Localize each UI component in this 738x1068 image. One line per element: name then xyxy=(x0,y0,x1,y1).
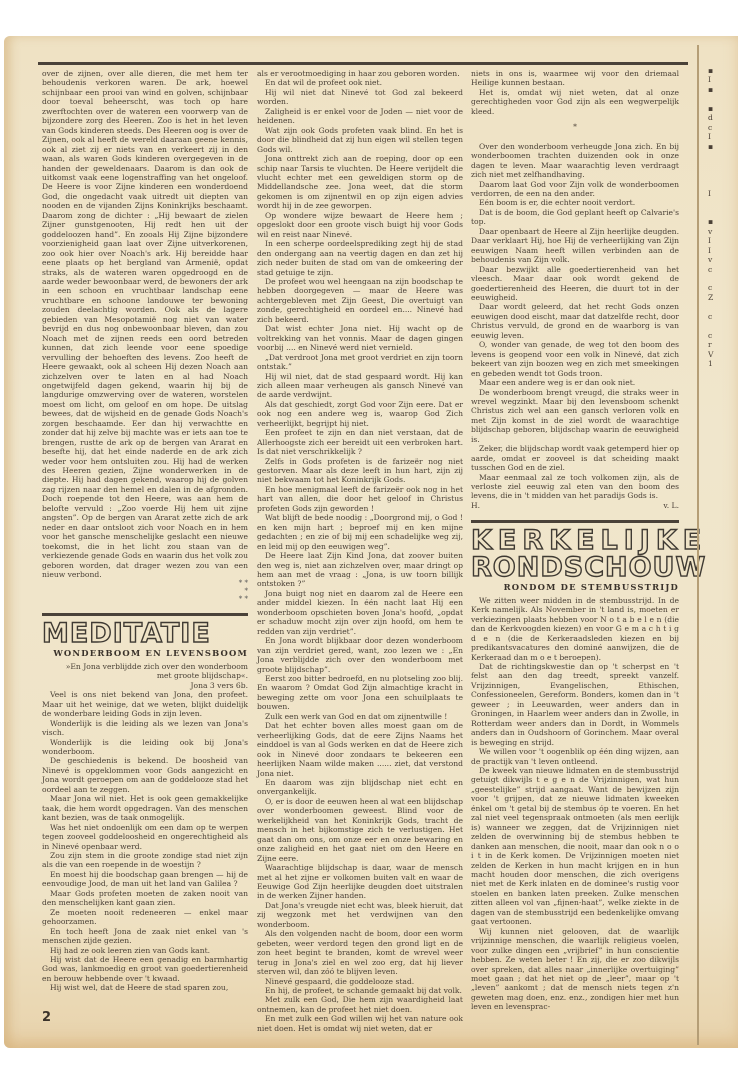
paragraph: Maar een andere weg is er dan ook niet. xyxy=(471,378,679,387)
paragraph: Op wondere wijze bewaart de Heere hem ; … xyxy=(257,211,463,239)
paragraph: Ninevé gespaard, die goddelooze stad. xyxy=(257,977,463,986)
paragraph: Hij wil niet dat Ninevé tot God zal beke… xyxy=(257,88,463,107)
page-number: 2 xyxy=(42,1010,51,1025)
signature: H. v. L. xyxy=(471,501,679,510)
column-1: over de zijnen, over alle dieren, die me… xyxy=(42,69,248,993)
paragraph: Jona onttrekt zich aan de roeping, door … xyxy=(257,154,463,211)
separator-star: * xyxy=(471,122,679,131)
paragraph: Hij wist wel, dat de Heere de stad spare… xyxy=(42,983,248,992)
paragraph: Zaligheid is er enkel voor de Joden — ni… xyxy=(257,107,463,126)
paragraph: Zou zijn stem in die groote zondige stad… xyxy=(42,851,248,870)
paragraph: Maar Jona wil niet. Het is ook geen gema… xyxy=(42,794,248,822)
paragraph: Dat wist echter Jona niet. Hij wacht op … xyxy=(257,324,463,352)
paragraph: Eerst zoo bitter bedroefd, en nu plotsel… xyxy=(257,674,463,712)
paragraph: Als dat geschiedt, zorgt God voor Zijn e… xyxy=(257,400,463,428)
article-title: RONDOM DE STEMBUSSTRIJD xyxy=(471,583,679,592)
paragraph: Daar openbaart de Heere al Zijn heerlijk… xyxy=(471,227,679,265)
paragraph: Wat blijft de bede noodig : „Doorgrond m… xyxy=(257,513,463,551)
paragraph: Een profeet te zijn en dan niet verstaan… xyxy=(257,428,463,456)
paragraph: niets in ons is, waarmee wij voor den dr… xyxy=(471,69,679,88)
motto-reference: Jona 3 vers 6b. xyxy=(42,681,248,690)
section-rule xyxy=(42,613,248,616)
meditatie-body: Veel is ons niet bekend van Jona, den pr… xyxy=(42,690,248,993)
paragraph: De kweek van nieuwe lidmaten en de stemb… xyxy=(471,766,679,927)
paragraph: „Dat verdroot Jona met groot verdriet en… xyxy=(257,353,463,372)
paragraph: Dat de richtingskwestie dan op 't scherp… xyxy=(471,662,679,747)
paragraph: Als den volgenden nacht de boom, door ee… xyxy=(257,929,463,976)
paragraph: Veel is ons niet bekend van Jona, den pr… xyxy=(42,690,248,718)
paragraph: En met zulk een God willen wij het van n… xyxy=(257,1014,463,1033)
paragraph: In een scherpe oordeelsprediking zegt hi… xyxy=(257,239,463,277)
paragraph: Het is, omdat wij niet weten, dat al onz… xyxy=(471,88,679,116)
motto-quote: »En Jona verblijdde zich over den wonder… xyxy=(58,662,248,681)
paragraph: Dat is de boom, die God geplant heeft op… xyxy=(471,208,679,227)
page-fold xyxy=(697,45,699,1045)
paragraph: Ze moeten nooit redeneeren — enkel maar … xyxy=(42,908,248,927)
section-title-rondschouw: RONDSCHOUW xyxy=(471,554,679,581)
paragraph: Zulk een werk van God en dat om zijnentw… xyxy=(257,712,463,721)
article-title: WONDERBOOM EN LEVENSBOOM xyxy=(42,649,248,658)
paragraph: Zeker, die blijdschap wordt vaak getempe… xyxy=(471,444,679,472)
section-stars: * * * * * xyxy=(42,579,248,603)
paragraph: Waarachtige blijdschap is daar, waar de … xyxy=(257,863,463,901)
signature-left: H. xyxy=(471,501,480,510)
section-title-kerkelijke: KERKELIJKE xyxy=(471,527,679,554)
paragraph: We zitten weer midden in de stembusstrij… xyxy=(471,596,679,662)
paragraph: En daarom was zijn blijdschap niet echt … xyxy=(257,778,463,797)
paragraph: Wij kunnen niet gelooven, dat de waarlij… xyxy=(471,927,679,1012)
meditatie-ending-a: niets in ons is, waarmee wij voor den dr… xyxy=(471,69,679,116)
paragraph: over de zijnen, over alle dieren, die me… xyxy=(42,69,248,579)
paragraph: Daar wordt geleerd, dat het recht Gods o… xyxy=(471,302,679,340)
paragraph: O, wonder van genade, de weg tot den boo… xyxy=(471,340,679,378)
paragraph: De profeet wou wel heengaan na zijn bood… xyxy=(257,277,463,324)
paragraph: Hij wist dat de Heere een genadig en bar… xyxy=(42,955,248,983)
paragraph: Was het niet ondoenlijk om een dam op te… xyxy=(42,823,248,851)
top-rule xyxy=(38,62,688,65)
paragraph: Wat zijn ook Gods profeten vaak blind. E… xyxy=(257,126,463,154)
meditatie-ending-b: Over den wonderboom verheugde Jona zich.… xyxy=(471,142,679,501)
paragraph: Hij wil niet, dat de stad gespaard wordt… xyxy=(257,372,463,400)
paragraph: De Heere laat Zijn Kind Jona, dat zoover… xyxy=(257,551,463,589)
paragraph: En dat wil de profeet ook niet. xyxy=(257,78,463,87)
paragraph: We willen voor 't oogenblik op één ding … xyxy=(471,747,679,766)
paragraph: En hoe menigmaal leeft de farizeër ook n… xyxy=(257,485,463,513)
paragraph: En hij, de profeet, te schande gemaakt b… xyxy=(257,986,463,995)
next-page-edge: ▪ I ▪ ▪ d c I ▪ I ▪ v I I v c c Z c c r … xyxy=(708,66,738,369)
paragraph: Jona buigt nog niet en daarom zal de Hee… xyxy=(257,589,463,636)
paragraph: Daar bezwijkt alle goedertierenheid van … xyxy=(471,265,679,303)
paragraph: Wonderlijk is die leiding als we lezen v… xyxy=(42,719,248,738)
paragraph: En toch heeft Jona de zaak niet enkel va… xyxy=(42,927,248,946)
rondschouw-body: We zitten weer midden in de stembusstrij… xyxy=(471,596,679,1012)
noah-article-continuation: over de zijnen, over alle dieren, die me… xyxy=(42,69,248,579)
signature-right: v. L. xyxy=(663,501,679,510)
paragraph: En moest hij die boodschap gaan brengen … xyxy=(42,870,248,889)
paragraph: En Jona wordt blijkbaar door dezen wonde… xyxy=(257,636,463,674)
meditatie-body-continued: als er verootmoediging in haar zou gebor… xyxy=(257,69,463,1033)
paragraph: Met zulk een God, Die hem zijn waardighe… xyxy=(257,995,463,1014)
column-2: als er verootmoediging in haar zou gebor… xyxy=(257,69,463,1033)
paragraph: als er verootmoediging in haar zou gebor… xyxy=(257,69,463,78)
paragraph: Dat het echter boven alles moest gaan om… xyxy=(257,721,463,778)
paragraph: O, er is door de eeuwen heen al wat een … xyxy=(257,797,463,863)
column-3: niets in ons is, waarmee wij voor den dr… xyxy=(471,69,679,1012)
paragraph: De wonderboom brengt vreugd, die straks … xyxy=(471,388,679,445)
paragraph: Dat Jona's vreugde niet echt was, bleek … xyxy=(257,901,463,929)
section-rule xyxy=(471,520,679,523)
paragraph: Wonderlijk is die leiding ook bij Jona's… xyxy=(42,738,248,757)
paragraph: Daarom laat God voor Zijn volk de wonder… xyxy=(471,180,679,199)
paragraph: De geschiedenis is bekend. De boosheid v… xyxy=(42,756,248,794)
paragraph: Over den wonderboom verheugde Jona zich.… xyxy=(471,142,679,180)
paragraph: Maar eenmaal zal ze toch volkomen zijn, … xyxy=(471,473,679,501)
paragraph: Maar Gods profeten moeten de zaken nooit… xyxy=(42,889,248,908)
paragraph: Zelfs in Gods profeten is de farizeër no… xyxy=(257,457,463,485)
section-title-meditatie: MEDITATIE xyxy=(42,620,248,647)
paragraph: Eén boom is er, die echter nooit verdort… xyxy=(471,198,679,207)
paragraph: Hij had ze ook leeren zien van Gods kant… xyxy=(42,946,248,955)
